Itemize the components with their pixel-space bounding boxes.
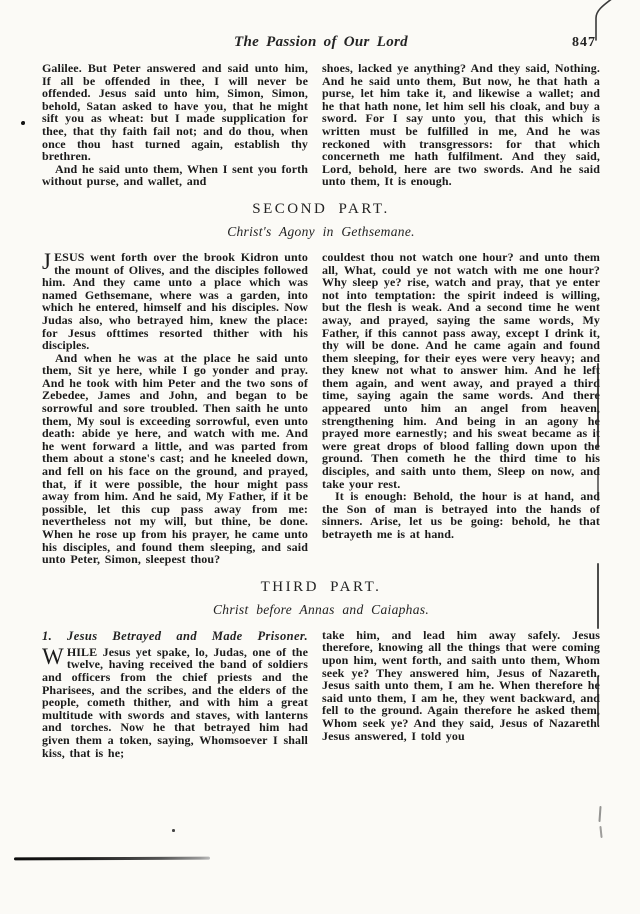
third-part-left-column: 1. Jesus Betrayed and Made Prisoner. WHI… (42, 629, 308, 759)
intro-left-column: Galilee. But Peter answered and said unt… (42, 62, 308, 188)
second-part-left-column: JESUS went forth over the brook Kidron u… (42, 251, 308, 566)
body-paragraph: couldest thou not watch one hour? and un… (322, 251, 600, 490)
second-part-columns: JESUS went forth over the brook Kidron u… (42, 251, 600, 566)
running-header: The Passion of Our Lord 847 (42, 34, 600, 54)
scanned-book-page: { "header": { "title": "The Passion of O… (0, 0, 640, 914)
second-part-subtitle: Christ's Agony in Gethsemane. (42, 224, 600, 240)
intro-columns: Galilee. But Peter answered and said unt… (42, 62, 600, 188)
body-paragraph: take him, and lead him away safely. Jesu… (322, 629, 600, 742)
body-paragraph: It is enough: Behold, the hour is at han… (322, 490, 600, 540)
paragraph-text: ESUS went forth over the brook Kidron un… (42, 250, 308, 352)
scan-ink-dot (21, 121, 25, 125)
dropcap-letter: W (42, 646, 67, 666)
second-part-heading: SECOND PART. (42, 201, 600, 218)
body-paragraph: JESUS went forth over the brook Kidron u… (42, 251, 308, 352)
page-number: 847 (572, 35, 596, 51)
scan-edge-line (598, 806, 601, 822)
body-paragraph: WHILE Jesus yet spake, lo, Judas, one of… (42, 646, 308, 759)
intro-paragraph: shoes, lacked ye anything? And they said… (322, 62, 600, 188)
third-part-subtitle: Christ before Annas and Caiaphas. (42, 602, 600, 618)
intro-paragraph: And he said unto them, When I sent you f… (42, 163, 308, 188)
third-part-columns: 1. Jesus Betrayed and Made Prisoner. WHI… (42, 629, 600, 759)
intro-paragraph: Galilee. But Peter answered and said unt… (42, 62, 308, 163)
page-title: The Passion of Our Lord (42, 34, 600, 51)
dropcap-letter: J (42, 251, 54, 271)
scan-edge-line (599, 826, 602, 838)
third-part-right-column: take him, and lead him away safely. Jesu… (322, 629, 600, 759)
body-paragraph: And when he was at the place he said unt… (42, 352, 308, 566)
third-part-heading: THIRD PART. (42, 579, 600, 596)
page-content: The Passion of Our Lord 847 Galilee. But… (42, 34, 600, 759)
subsection-title: 1. Jesus Betrayed and Made Prisoner. (42, 629, 308, 644)
scan-bottom-line (14, 857, 210, 861)
paragraph-text: HILE Jesus yet spake, lo, Judas, one of … (42, 645, 308, 760)
intro-right-column: shoes, lacked ye anything? And they said… (322, 62, 600, 188)
scan-speck (172, 829, 175, 832)
second-part-right-column: couldest thou not watch one hour? and un… (322, 251, 600, 566)
